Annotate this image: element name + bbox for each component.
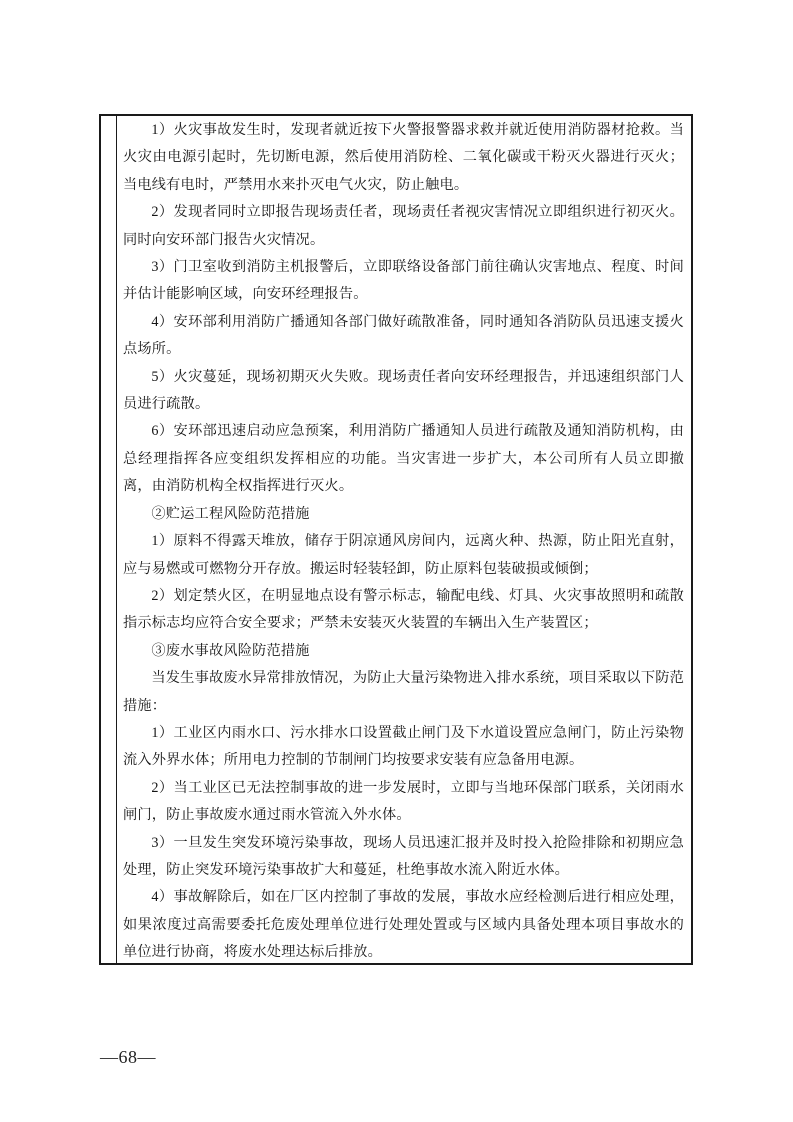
paragraph-fire-1: 1）火灾事故发生时，发现者就近按下火警报警器求救并就近使用消防器材抢救。当火灾由… [123,117,684,199]
content-table: 1）火灾事故发生时，发现者就近按下火警报警器求救并就近使用消防器材抢救。当火灾由… [99,114,693,965]
paragraph-fire-2: 2）发现者同时立即报告现场责任者，现场责任者视灾害情况立即组织进行初灭火。同时向… [123,199,684,254]
paragraph-fire-6: 6）安环部迅速启动应急预案，利用消防广播通知人员进行疏散及通知消防机构，由总经理… [123,418,684,500]
table-content-cell: 1）火灾事故发生时，发现者就近按下火警报警器求救并就近使用消防器材抢救。当火灾由… [117,116,691,963]
paragraph-storage-2: 2）划定禁火区，在明显地点设有警示标志，输配电线、灯具、火灾事故照明和疏散指示标… [123,583,684,638]
table-label-column [101,116,117,963]
paragraph-fire-4: 4）安环部利用消防广播通知各部门做好疏散准备，同时通知各消防队员迅速支援火点场所… [123,309,684,364]
page-number: —68— [100,1047,156,1068]
paragraph-wastewater-intro: 当发生事故废水异常排放情况，为防止大量污染物进入排水系统，项目采取以下防范措施： [123,665,684,720]
paragraph-fire-3: 3）门卫室收到消防主机报警后，立即联络设备部门前往确认灾害地点、程度、时间并估计… [123,254,684,309]
paragraph-wastewater-2: 2）当工业区已无法控制事故的进一步发展时，立即与当地环保部门联系，关闭雨水闸门，… [123,775,684,830]
paragraph-fire-5: 5）火灾蔓延，现场初期灭火失败。现场责任者向安环经理报告，并迅速组织部门人员进行… [123,364,684,419]
paragraph-storage-1: 1）原料不得露天堆放，储存于阴凉通风房间内，远离火种、热源，防止阳光直射，应与易… [123,528,684,583]
heading-storage-transport-risk: ②贮运工程风险防范措施 [123,501,684,528]
paragraph-wastewater-4: 4）事故解除后，如在厂区内控制了事故的发展，事故水应经检测后进行相应处理，如果浓… [123,884,684,963]
heading-wastewater-risk: ③废水事故风险防范措施 [123,638,684,665]
paragraph-wastewater-3: 3）一旦发生突发环境污染事故，现场人员迅速汇报并及时投入抢险排除和初期应急处理，… [123,830,684,885]
document-page: 1）火灾事故发生时，发现者就近按下火警报警器求救并就近使用消防器材抢救。当火灾由… [0,0,793,1122]
paragraph-wastewater-1: 1）工业区内雨水口、污水排水口设置截止闸门及下水道设置应急闸门，防止污染物流入外… [123,720,684,775]
